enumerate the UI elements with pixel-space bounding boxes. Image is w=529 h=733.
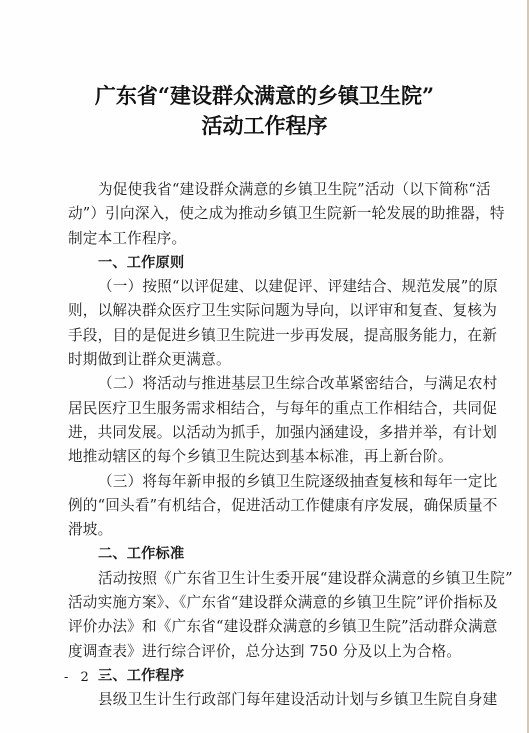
intro-line: 为促使我省“建设群众满意的乡镇卫生院”活动（以下简称“活: [68, 178, 463, 202]
principle-1-line: 手段，目的是促进乡镇卫生院进一步再发展，提高服务能力，在新: [68, 324, 463, 348]
principle-1-line: 时期做到让群众更满意。: [68, 348, 463, 372]
standards-line: 活动实施方案》、《广东省“建设群众满意的乡镇卫生院”评价指标及: [68, 591, 463, 615]
principle-3-line: 滑坡。: [68, 518, 463, 542]
intro-line: 动”）引向深入，使之成为推动乡镇卫生院新一轮发展的助推器，特: [68, 202, 463, 226]
principle-2-line: 地推动辖区的每个乡镇卫生院达到基本标准，再上新台阶。: [68, 445, 463, 469]
standards-line: 度调查表》进行综合评价，总分达到 750 分及以上为合格。: [68, 640, 463, 664]
document-title-line1: 广东省“建设群众满意的乡镇卫生院”: [0, 80, 529, 110]
procedure-line: 县级卫生计生行政部门每年建设活动计划与乡镇卫生院自身建: [68, 688, 463, 712]
principle-3-line: （三）将每年新申报的乡镇卫生院逐级抽查复核和每年一定比: [68, 470, 463, 494]
standards-line: 评价办法》和《广东省“建设群众满意的乡镇卫生院”活动群众满意: [68, 615, 463, 639]
standards-line: 活动按照《广东省卫生计生委开展“建设群众满意的乡镇卫生院”: [68, 567, 463, 591]
principle-2-line: （二）将活动与推进基层卫生综合改革紧密结合，与满足农村: [68, 372, 463, 396]
principle-3-line: 例的“回头看”有机结合，促进活动工作健康有序发展，确保质量不: [68, 494, 463, 518]
intro-line: 制定本工作程序。: [68, 227, 463, 251]
section-heading-procedure: 三、工作程序: [68, 664, 463, 688]
principle-1-line: 则，以解决群众医疗卫生实际问题为导向，以评审和复查、复核为: [68, 299, 463, 323]
section-heading-principles: 一、工作原则: [68, 251, 463, 275]
section-heading-standards: 二、工作标准: [68, 542, 463, 566]
document-title-line2: 活动工作程序: [0, 110, 529, 140]
page-number: - 2 -: [64, 670, 109, 685]
principle-2-line: 进，共同发展。以活动为抓手，加强内涵建设，多措并举，有计划: [68, 421, 463, 445]
principle-1-line: （一）按照“以评促建、以建促评、评建结合、规范发展”的原: [68, 275, 463, 299]
document-body: 为促使我省“建设群众满意的乡镇卫生院”活动（以下简称“活 动”）引向深入，使之成…: [68, 178, 463, 713]
principle-2-line: 居民医疗卫生服务需求相结合，与每年的重点工作相结合，共同促: [68, 397, 463, 421]
